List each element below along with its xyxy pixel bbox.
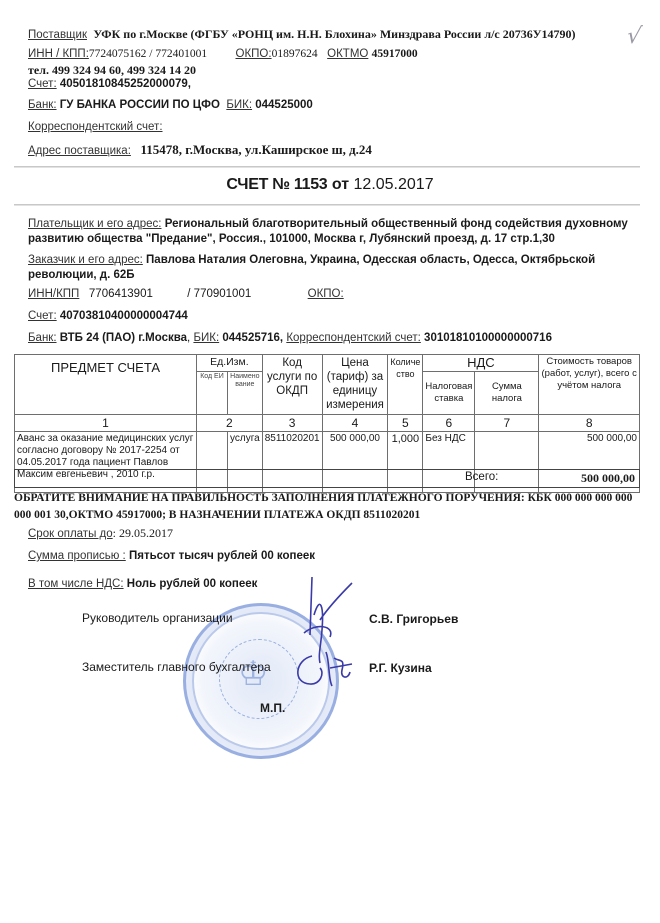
col-num-6: 6: [423, 415, 475, 432]
header-okdp: Код услуги по ОКДП: [262, 355, 322, 415]
accountant-role: Заместитель главного бухгалтера: [82, 660, 271, 674]
customer-bank: ВТБ 24 (ПАО) г.Москва: [60, 332, 187, 344]
supplier-label: Поставщик: [28, 29, 87, 41]
col-num-4: 4: [322, 415, 388, 432]
supplier-corr-line: Корреспондентский счет:: [28, 121, 163, 133]
customer-bik: 044525716,: [222, 332, 283, 344]
customer-name: Павлова Наталия Олеговна, Украина, Одесс…: [146, 254, 595, 266]
vat-words-line: В том числе НДС: Ноль рублей 00 копеек: [28, 578, 257, 590]
supplier-okpo-label: ОКПО:: [236, 48, 272, 60]
supplier-inn-kpp: 7724075162 / 772401001: [89, 48, 207, 60]
divider-top: [14, 166, 640, 168]
header-vat-sum: Сумма налога: [475, 372, 539, 415]
invoice-date: 12.05.2017: [354, 176, 434, 193]
supplier-account-line: Счет: 40501810845252000079,: [28, 78, 191, 90]
supplier-inn-kpp-label: ИНН / КПП:: [28, 48, 89, 60]
supplier-okpo: 01897624: [272, 48, 318, 60]
invoice-number: СЧЕТ № 1153: [226, 176, 327, 193]
payer-label: Плательщик и его адрес:: [28, 218, 161, 230]
payer-line1: Плательщик и его адрес: Региональный бла…: [28, 218, 628, 230]
supplier-oktmo: 45917000: [372, 48, 418, 60]
accountant-signature-icon: [290, 648, 370, 693]
accountant-name: Р.Г. Кузина: [369, 661, 432, 675]
invoice-title: СЧЕТ № 1153 от 12.05.2017: [0, 176, 660, 194]
total-label: Всего:: [465, 471, 498, 483]
customer-corr: 30101810100000000716: [424, 332, 552, 344]
seal-label: М.П.: [260, 701, 285, 715]
customer-ids-line: ИНН/КПП 7706413901 / 770901001 ОКПО:: [28, 288, 344, 300]
supplier-address-label: Адрес поставщика:: [28, 145, 131, 157]
due-date-value: : 29.05.2017: [113, 526, 173, 540]
sum-words-value: Пятьсот тысяч рублей 00 копеек: [129, 550, 315, 562]
payment-notice: ОБРАТИТЕ ВНИМАНИЕ НА ПРАВИЛЬНОСТЬ ЗАПОЛН…: [14, 490, 634, 524]
payer-line2: развитию общества "Предание", Россия., 1…: [28, 233, 555, 245]
col-num-1: 1: [15, 415, 197, 432]
col-num-2: 2: [196, 415, 262, 432]
customer-account-line: Счет: 40703810400000004744: [28, 310, 188, 322]
customer-bik-label: БИК:: [193, 332, 219, 344]
customer-bank-line: Банк: ВТБ 24 (ПАО) г.Москва, БИК: 044525…: [28, 332, 552, 344]
supplier-oktmo-label: ОКТМО: [327, 48, 368, 60]
customer-corr-label: Корреспондентский счет:: [286, 332, 421, 344]
col-num-5: 5: [388, 415, 423, 432]
header-subject: ПРЕДМЕТ СЧЕТА: [15, 355, 197, 415]
customer-line2: революции, д. 62Б: [28, 269, 135, 281]
supplier-bank: ГУ БАНКА РОССИИ ПО ЦФО: [60, 99, 220, 111]
customer-label: Заказчик и его адрес:: [28, 254, 143, 266]
table-header-row: ПРЕДМЕТ СЧЕТА Ед.Изм. Код услуги по ОКДП…: [15, 355, 640, 372]
sum-words-line: Сумма прописью : Пятьсот тысяч рублей 00…: [28, 550, 315, 562]
customer-line1: Заказчик и его адрес: Павлова Наталия Ол…: [28, 254, 595, 266]
header-qty: Количе ство: [388, 355, 423, 415]
supplier-address-line: Адрес поставщика: 115478, г.Москва, ул.К…: [28, 142, 372, 158]
director-name: С.В. Григорьев: [369, 612, 458, 626]
customer-inn-kpp-label: ИНН/КПП: [28, 288, 79, 300]
customer-bank-label: Банк:: [28, 332, 57, 344]
handwritten-check-mark: √: [625, 24, 643, 49]
supplier-bik: 044525000: [255, 99, 313, 111]
supplier-name: УФК по г.Москве (ФГБУ «РОНЦ им. Н.Н. Бло…: [93, 27, 575, 41]
vat-words-value: Ноль рублей 00 копеек: [127, 578, 258, 590]
header-total: Стоимость товаров (работ, услуг), всего …: [539, 355, 640, 415]
director-role: Руководитель организации: [82, 611, 233, 625]
supplier-corr-label: Корреспондентский счет:: [28, 121, 163, 133]
supplier-phone: тел. 499 324 94 60, 499 324 14 20: [28, 63, 196, 78]
col-num-8: 8: [539, 415, 640, 432]
header-unit: Ед.Изм.: [196, 355, 262, 372]
due-date-label: Срок оплаты до: [28, 528, 113, 540]
header-vat: НДС: [423, 355, 539, 372]
due-date-line: Срок оплаты до: 29.05.2017: [28, 526, 173, 541]
supplier-account-label: Счет:: [28, 78, 57, 90]
customer-account-label: Счет:: [28, 310, 57, 322]
supplier-account: 40501810845252000079,: [60, 78, 191, 90]
supplier-address: 115478, г.Москва, ул.Каширское ш, д.24: [141, 142, 372, 157]
sum-words-label: Сумма прописью :: [28, 550, 126, 562]
divider-title: [14, 204, 640, 206]
supplier-line: Поставщик УФК по г.Москве (ФГБУ «РОНЦ им…: [28, 27, 576, 42]
column-numbers-row: 1 2 3 4 5 6 7 8: [15, 415, 640, 432]
supplier-bik-label: БИК:: [226, 99, 252, 111]
total-row: Всего: 500 000,00: [14, 469, 640, 488]
header-price: Цена (тариф) за единицу измерения: [322, 355, 388, 415]
customer-okpo-label: ОКПО:: [308, 288, 344, 300]
col-num-7: 7: [475, 415, 539, 432]
total-value: 500 000,00: [581, 471, 635, 486]
supplier-ids-line: ИНН / КПП:7724075162 / 772401001 ОКПО:01…: [28, 48, 418, 60]
vat-words-label: В том числе НДС:: [28, 578, 124, 590]
supplier-bank-line: Банк: ГУ БАНКА РОССИИ ПО ЦФО БИК: 044525…: [28, 99, 313, 111]
header-unit-name: Наимено вание: [227, 372, 262, 415]
col-num-3: 3: [262, 415, 322, 432]
customer-kpp: / 770901001: [187, 288, 251, 300]
header-unit-code: Код ЕИ: [196, 372, 227, 415]
customer-inn: 7706413901: [89, 288, 153, 300]
supplier-bank-label: Банк:: [28, 99, 57, 111]
invoice-ot: от: [332, 176, 349, 193]
payer-name: Региональный благотворительный обществен…: [165, 218, 628, 230]
header-vat-rate: Налоговая ставка: [423, 372, 475, 415]
customer-account: 40703810400000004744: [60, 310, 188, 322]
